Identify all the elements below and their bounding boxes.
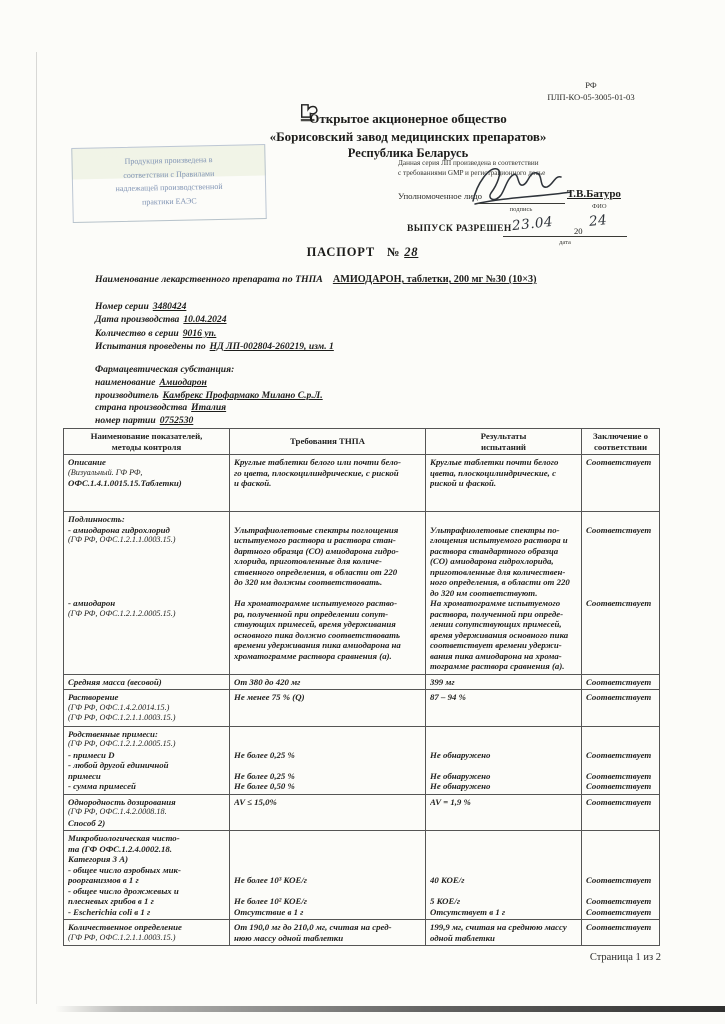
cell-line: Не менее 75 % (Q) [234,692,421,703]
cell-line: Микробиологическая чисто- [68,833,225,844]
table-row: Количественное определение(ГФ РФ, ОФС.1.… [64,920,660,946]
column-header-line: Заключение о [584,431,657,442]
table-row: Подлинность:- амиодарона гидрохлорид(ГФ … [64,512,660,675]
cell-line [430,833,577,844]
cell-line [68,556,225,567]
cell-line [586,844,655,855]
cell-line: 87 – 94 % [430,692,577,703]
table-cell: Соответствует [582,920,660,946]
cell-line: Описание [68,457,225,468]
column-header-line: соответствии [584,442,657,453]
table-cell: Соответствует СоответствуетСоответствует [582,831,660,920]
table-cell: Соответствует [582,674,660,690]
passport-document: РФ ПЛП-КО-05-3005-01-03 Продукция произв… [0,0,725,1024]
table-cell: Соответствует [582,455,660,512]
authorized-person-name: Т.В.Батуро [567,188,621,200]
cell-line: - общее число дрожжевых и [68,886,225,897]
table-header-row: Наименование показателей,методы контроля… [64,429,660,455]
name-caption: ФИО [592,203,607,210]
reg-country: РФ [515,80,667,92]
cell-line: ственного определения, в области от 220 [234,567,421,578]
cell-line: Соответствует [586,525,655,536]
table-row: Микробиологическая чисто-та (ГФ ОФС.1.2.… [64,831,660,920]
product-name-value: АМИОДАРОН, таблетки, 200 мг №30 (10×3) [333,274,537,285]
cell-line: цвета, плоскоцилиндрические, с [430,468,577,479]
cell-line [430,854,577,865]
cell-line: Соответствует [586,692,655,703]
series-number-line: Номер серии3480424 [95,300,334,313]
cell-line [430,886,577,897]
cell-line: (ГФ РФ, ОФС.1.2.1.2.0005.15.) [68,739,225,750]
cell-line: Не более 0,50 % [234,781,421,792]
cell-line: Круглые таблетки почти белого [430,457,577,468]
reg-number: ПЛП-КО-05-3005-01-03 [515,92,667,104]
table-row: Средняя масса (весовой)От 380 до 420 мг3… [64,674,660,690]
cell-line: тограмме раствора сравнения (а). [430,661,577,672]
table-cell: От 190,0 мг до 210,0 мг, считая на сред-… [230,920,426,946]
cell-line: Количественное определение [68,922,225,933]
cell-line: - амиодарон [68,598,225,609]
cell-line [586,739,655,750]
cell-line: 199,9 мг, считая на среднюю массу [430,922,577,933]
table-cell: Средняя масса (весовой) [64,674,230,690]
table-cell: Соответствует СоответствуетСоответствует [582,726,660,794]
cell-line [586,760,655,771]
cell-line: Отсутствие в 1 г [234,907,421,918]
column-header: Наименование показателей,методы контроля [64,429,230,455]
substance-manufacturer-line: производительКамбрекс Профармако Милано … [95,390,323,403]
substance-heading: Фармацевтическая субстанция: [95,364,323,377]
cell-line: Подлинность: [68,514,225,525]
column-header: Заключение осоответствии [582,429,660,455]
table-cell: Соответствует [582,690,660,727]
column-header: Результатыиспытаний [426,429,582,455]
cell-line: Круглые таблетки белого или почти бело- [234,457,421,468]
cell-line: Не обнаружено [430,750,577,761]
cell-line: На хроматограмме испытуемого раство- [234,598,421,609]
cell-line: Соответствует [586,598,655,609]
cell-line: Соответствует [586,896,655,907]
cell-line: до 320 нм должны соответствовать. [234,577,421,588]
cell-line: дартного образца (СО) амиодарона гидро- [234,546,421,557]
cell-line: AV = 1,9 % [430,797,577,808]
substance-country-line: страна производстваИталия [95,402,323,415]
cell-line: Ультрафиолетовые спектры поглощения [234,525,421,536]
cell-line: - Escherichia coli в 1 г [68,907,225,918]
cell-line [586,577,655,588]
cell-line: хлорида, приготовленные для количе- [234,556,421,567]
cell-line: Не более 0,25 % [234,771,421,782]
table-row: Описание(Визуальный. ГФ РФ,ОФС.1.4.1.001… [64,455,660,512]
table-cell: 87 – 94 % [426,690,582,727]
cell-line [234,739,421,750]
cell-line: риской и фаской. [430,478,577,489]
substance-info: Фармацевтическая субстанция: наименовани… [95,364,323,428]
cell-line: Соответствует [586,922,655,933]
table-row: Растворение(ГФ РФ, ОФС.1.4.2.0014.15.)(Г… [64,690,660,727]
cell-line: Не обнаружено [430,781,577,792]
release-date-day: 23.04 [511,214,554,234]
cell-line: Родственные примеси: [68,729,225,740]
qc-table: Наименование показателей,методы контроля… [63,428,660,946]
table-row: Однородность дозирования(ГФ РФ, ОФС.1.4.… [64,794,660,831]
cell-line: ОФС.1.4.1.0015.15.Таблетки) [68,478,225,489]
cell-line: Не более 10³ КОЕ/г [234,875,421,886]
series-quantity-line: Количество в серии9016 уп. [95,327,334,340]
cell-line: Однородность дозирования [68,797,225,808]
cell-line [586,833,655,844]
signature-caption: подпись [477,206,565,213]
table-cell: 399 мг [426,674,582,690]
cell-line [586,886,655,897]
cell-line [430,760,577,771]
cell-line: Соответствует [586,677,655,688]
table-cell: 199,9 мг, считая на среднюю массуодной т… [426,920,582,946]
scan-artifact-bottom-edge [55,1006,725,1012]
table-cell: Количественное определение(ГФ РФ, ОФС.1.… [64,920,230,946]
column-header-line: методы контроля [66,442,227,453]
table-cell: Не менее 75 % (Q) [230,690,426,727]
cell-line: Ультрафиолетовые спектры по- [430,525,577,536]
cell-line: одной таблетки [430,933,577,944]
release-date-century: 20 [574,226,583,236]
cell-line: ра, полученной при определении сопут- [234,609,421,620]
cell-line [234,514,421,525]
cell-line: - общее число аэробных мик- [68,865,225,876]
cell-line: хроматограмме раствора сравнения (а). [234,651,421,662]
cell-line: и фаской. [234,478,421,489]
cell-line: AV ≤ 15,0% [234,797,421,808]
scan-artifact-vertical-line [36,52,37,1004]
cell-line: ствующих примесей, время удерживания [234,619,421,630]
cell-line: (ГФ РФ, ОФС.1.2.1.2.0005.15.) [68,609,225,620]
release-date-year: 24 [588,212,608,230]
cell-line: Не обнаружено [430,771,577,782]
table-cell: AV ≤ 15,0% [230,794,426,831]
cell-line: Не более 0,25 % [234,750,421,761]
cell-line [234,588,421,599]
cell-line: (Визуальный. ГФ РФ, [68,468,225,479]
table-cell: Соответствует Соответствует [582,512,660,675]
cell-line [586,588,655,599]
cell-line: (ГФ РФ, ОФС.1.2.1.1.0003.15.) [68,933,225,944]
cell-line [586,514,655,525]
column-header-line: испытаний [428,442,579,453]
signature-line [477,203,565,204]
product-name-line: Наименование лекарственного препарата по… [95,274,695,285]
cell-line [68,546,225,557]
release-date-line [503,236,627,237]
cell-line [234,833,421,844]
table-cell: Соответствует [582,794,660,831]
cell-line: раствора, полученной при опреде- [430,609,577,620]
table-cell: Родственные примеси:(ГФ РФ, ОФС.1.2.1.2.… [64,726,230,794]
column-header-line: Требования ТНПА [232,436,423,447]
table-cell: Ультрафиолетовые спектры по-глощения исп… [426,512,582,675]
cell-line: Способ 2) [68,818,225,829]
cell-line: (ГФ РФ, ОФС.1.4.2.0014.15.) [68,703,225,714]
cell-line [234,886,421,897]
cell-line [586,854,655,865]
column-header-line: Наименование показателей, [66,431,227,442]
table-cell: Микробиологическая чисто-та (ГФ ОФС.1.2.… [64,831,230,920]
cell-line [234,854,421,865]
table-cell: Растворение(ГФ РФ, ОФС.1.4.2.0014.15.)(Г… [64,690,230,727]
column-header-line: Результаты [428,431,579,442]
reg-block: РФ ПЛП-КО-05-3005-01-03 [515,80,667,103]
cell-line: Соответствует [586,875,655,886]
cell-line [430,865,577,876]
cell-line: вания пика амиодарона на хрома- [430,651,577,662]
cell-line [586,546,655,557]
cell-line: Категория 3 А) [68,854,225,865]
cell-line [586,567,655,578]
cell-line: - амиодарона гидрохлорид [68,525,225,536]
column-header: Требования ТНПА [230,429,426,455]
table-cell: Подлинность:- амиодарона гидрохлорид(ГФ … [64,512,230,675]
cell-line: Соответствует [586,771,655,782]
cell-line: соответствует времени удержи- [430,640,577,651]
cell-line [234,760,421,771]
cell-line: Соответствует [586,781,655,792]
production-date-line: Дата производства10.04.2024 [95,313,334,326]
page-title: ПАСПОРТ № 28 [0,245,725,260]
cell-line: 40 КОЕ/г [430,875,577,886]
cell-line: нюю массу одной таблетки [234,933,421,944]
table-cell: Круглые таблетки почти белогоцвета, плос… [426,455,582,512]
cell-line: го цвета, плоскоцилиндрические, с риской [234,468,421,479]
table-cell: AV = 1,9 % [426,794,582,831]
qc-table-body: Описание(Визуальный. ГФ РФ,ОФС.1.4.1.001… [64,455,660,946]
stamp-line: практики ЕАЭС [73,192,265,210]
cell-line: Отсутствует в 1 г [430,907,577,918]
cell-line: (ГФ РФ, ОФС.1.4.2.0008.18. [68,807,225,818]
cell-line: От 380 до 420 мг [234,677,421,688]
table-cell: Не обнаружено Не обнаруженоНе обнаружено [426,726,582,794]
cell-line: время удерживания основного пика [430,630,577,641]
cell-line: лении сопутствующих примесей, [430,619,577,630]
table-cell: От 380 до 420 мг [230,674,426,690]
cell-line: Средняя масса (весовой) [68,677,225,688]
cell-line: та (ГФ ОФС.1.2.4.0002.18. [68,844,225,855]
cell-line: глощения испытуемого раствора и [430,535,577,546]
cell-line: основного пика должно соответствовать [234,630,421,641]
table-row: Родственные примеси:(ГФ РФ, ОФС.1.2.1.2.… [64,726,660,794]
cell-line: испытуемого раствора и раствора стан- [234,535,421,546]
cell-line [586,556,655,567]
company-header: Открытое акционерное общество «Борисовск… [180,110,636,163]
cell-line: Растворение [68,692,225,703]
cell-line: Соответствует [586,457,655,468]
cell-line: Соответствует [586,797,655,808]
table-cell: 40 КОЕ/г 5 КОЕ/гОтсутствует в 1 г [426,831,582,920]
product-name-label: Наименование лекарственного препарата по… [95,274,323,285]
cell-line: - любой другой единичной [68,760,225,771]
cell-line: времени удерживания пика амиодарона на [234,640,421,651]
company-name: «Борисовский завод медицинских препарато… [180,128,636,146]
cell-line [234,865,421,876]
cell-line [430,844,577,855]
cell-line: раствора стандартного образца [430,546,577,557]
company-type: Открытое акционерное общество [180,110,636,128]
cell-line: (СО) амиодарона гидрохлорида, [430,556,577,567]
table-cell: Не более 10³ КОЕ/г Не более 10² КОЕ/гОтс… [230,831,426,920]
qc-table-head: Наименование показателей,методы контроля… [64,429,660,455]
cell-line [68,588,225,599]
cell-line: до 320 нм соответствуют. [430,588,577,599]
substance-name-line: наименованиеАмиодарон [95,377,323,390]
cell-line [68,577,225,588]
table-cell: Описание(Визуальный. ГФ РФ,ОФС.1.4.1.001… [64,455,230,512]
cell-line: От 190,0 мг до 210,0 мг, считая на сред- [234,922,421,933]
cell-line [68,567,225,578]
cell-line: 5 КОЕ/г [430,896,577,907]
cell-line: - примеси D [68,750,225,761]
cell-line [430,739,577,750]
table-cell: Круглые таблетки белого или почти бело-г… [230,455,426,512]
cell-line: плесневых грибов в 1 г [68,896,225,907]
cell-line [430,729,577,740]
cell-line [586,535,655,546]
cell-line: Не более 10² КОЕ/г [234,896,421,907]
cell-line [586,865,655,876]
cell-line: (ГФ РФ, ОФС.1.2.1.1.0003.15.) [68,713,225,724]
table-cell: Однородность дозирования(ГФ РФ, ОФС.1.4.… [64,794,230,831]
cell-line: ного определения, в области от 220 [430,577,577,588]
release-label: ВЫПУСК РАЗРЕШЕН [407,224,512,234]
cell-line: примеси [68,771,225,782]
cell-line: Соответствует [586,750,655,761]
cell-line [234,844,421,855]
cell-line: - сумма примесей [68,781,225,792]
passport-number: № 28 [387,245,418,259]
cell-line [586,729,655,740]
table-cell: Не более 0,25 % Не более 0,25 %Не более … [230,726,426,794]
page-title-label: ПАСПОРТ [307,245,375,259]
cell-line: 399 мг [430,677,577,688]
cell-line: роорганизмов в 1 г [68,875,225,886]
cell-line: приготовленные для количествен- [430,567,577,578]
cell-line: На хроматограмме испытуемого [430,598,577,609]
series-info: Номер серии3480424 Дата производства10.0… [95,300,334,354]
table-cell: Ультрафиолетовые спектры поглощенияиспыт… [230,512,426,675]
tests-standard-line: Испытания проведены поНД ЛП-002804-26021… [95,340,334,353]
cell-line: (ГФ РФ, ОФС.1.2.1.1.0003.15.) [68,535,225,546]
cell-line [234,729,421,740]
page-number: Страница 1 из 2 [590,952,661,963]
substance-batch-line: номер партии0752530 [95,415,323,428]
cell-line: Соответствует [586,907,655,918]
cell-line [430,514,577,525]
